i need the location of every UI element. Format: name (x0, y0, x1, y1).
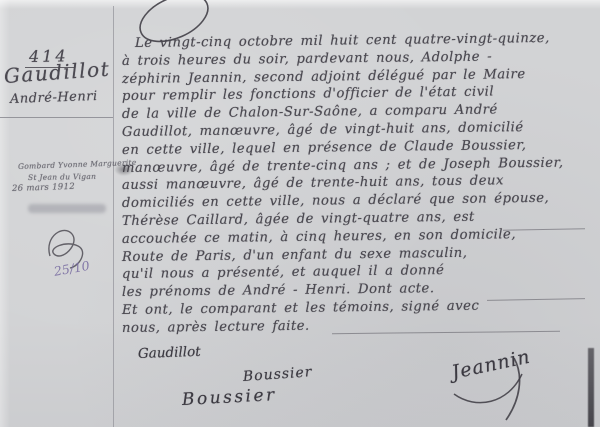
marginal-note-date: 26 mars 1912 (12, 182, 75, 194)
manuscript-line: pour remplir les fonctions d'officier de… (122, 85, 494, 105)
ink-filler-stroke (503, 228, 585, 230)
signature-witness-1: Boussier (242, 364, 313, 385)
manuscript-line: domiciliés en cette ville, nous a déclar… (122, 191, 549, 211)
faded-stamp-smudge (28, 204, 106, 213)
manuscript-line: accouchée ce matin, à cinq heures, en so… (122, 227, 516, 247)
margin-surname: Gaudillot (3, 57, 111, 88)
ink-filler-stroke (332, 331, 560, 334)
scan-edge-shadow (588, 348, 594, 427)
manuscript-line: les prénoms de André - Henri. Dont acte. (122, 281, 435, 300)
manuscript-line: nous, après lecture faite. (122, 319, 310, 336)
manuscript-line: Et ont, le comparant et les témoins, sig… (122, 299, 480, 318)
ink-correction-blot (114, 163, 134, 176)
scanned-register-page: 414 Gaudillot André-Henri Gombard Yvonne… (0, 0, 600, 427)
ink-filler-stroke (487, 298, 585, 301)
manuscript-line: Thérèse Caillard, âgée de vingt-quatre a… (122, 210, 475, 229)
margin-given-names: André-Henri (10, 89, 98, 107)
signature-witness-2: Boussier (181, 385, 277, 410)
margin-vertical-rule (113, 6, 114, 427)
manuscript-line: qu'il nous a présenté, et auquel il a do… (122, 263, 445, 282)
marginal-note-line: St Jean du Vigan (28, 172, 96, 182)
officer-signature-flourish-icon (436, 352, 576, 424)
manuscript-line: Gaudillot, manœuvre, âgé de vingt-huit a… (122, 120, 524, 140)
manuscript-line: de la ville de Chalon-Sur-Saône, a compa… (122, 103, 498, 123)
margin-header-rule (0, 117, 113, 118)
manuscript-line: Route de Paris, d'un enfant du sexe masc… (122, 245, 468, 264)
manuscript-line: à trois heures du soir, pardevant nous, … (122, 49, 492, 69)
manuscript-line: aussi manœuvre, âgé de trente-huit ans, … (122, 174, 504, 194)
manuscript-line: en cette ville, lequel en présence de Cl… (122, 138, 527, 158)
manuscript-line: zéphirin Jeannin, second adjoint délégué… (122, 67, 526, 87)
signature-declarant: Gaudillot (138, 344, 201, 362)
